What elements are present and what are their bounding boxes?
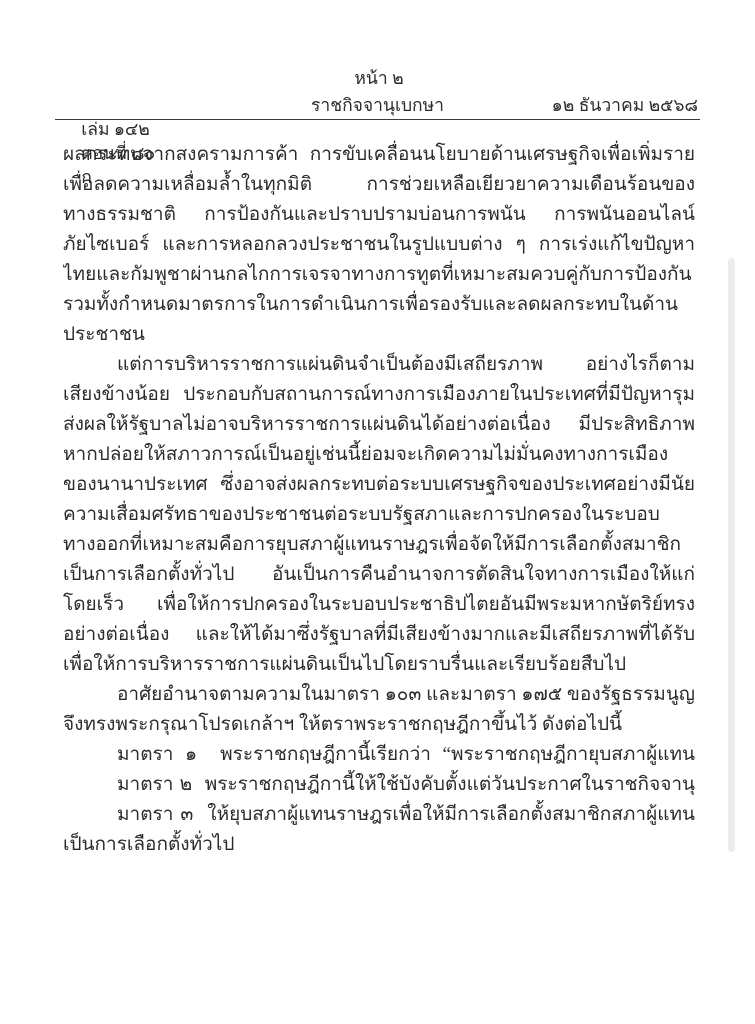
body-line: ผลกระทบจากสงครามการค้า การขับเคลื่อนนโยบ…	[63, 140, 695, 170]
body-line: เพื่อลดความเหลื่อมล้ำในทุกมิติ การช่วยเห…	[63, 170, 695, 200]
body-line: ทางออกที่เหมาะสมคือการยุบสภาผู้แทนราษฎรเ…	[63, 530, 695, 560]
body-line: ทางธรรมชาติ การป้องกันและปราบปรามบ่อนการ…	[63, 200, 695, 230]
body-line: ไทยและกัมพูชาผ่านกลไกการเจรจาทางการทูตที…	[63, 260, 695, 290]
header-row: เล่ม ๑๔๒ ตอนที่ ๘๐ ก ราชกิจจานุเบกษา ๑๒ …	[55, 93, 700, 117]
body-line: แต่การบริหารราชการแผ่นดินจำเป็นต้องมีเสถ…	[63, 350, 695, 380]
page-number: หน้า ๒	[63, 66, 695, 90]
scrollbar-thumb[interactable]	[728, 258, 735, 852]
body-line: ประชาชน	[63, 320, 695, 350]
body-line: รวมทั้งกำหนดมาตรการในการดำเนินการเพื่อรอ…	[63, 290, 695, 320]
body-line: ส่งผลให้รัฐบาลไม่อาจบริหารราชการแผ่นดินไ…	[63, 410, 695, 440]
body-line: เสียงข้างน้อย ประกอบกับสถานการณ์ทางการเม…	[63, 380, 695, 410]
body-line-section-2: มาตรา ๒ พระราชกฤษฎีกานี้ให้ใช้บังคับตั้ง…	[63, 770, 695, 800]
document-body: ผลกระทบจากสงครามการค้า การขับเคลื่อนนโยบ…	[63, 140, 695, 860]
body-line: ของนานาประเทศ ซึ่งอาจส่งผลกระทบต่อระบบเศ…	[63, 470, 695, 500]
body-line: โดยเร็ว เพื่อให้การปกครองในระบอบประชาธิป…	[63, 590, 695, 620]
publication-date: ๑๒ ธันวาคม ๒๕๖๘	[552, 93, 698, 117]
body-line: เป็นการเลือกตั้งทั่วไป	[63, 830, 695, 860]
volume-label: เล่ม ๑๔๒	[81, 119, 150, 139]
body-line-section-3: มาตรา ๓ ให้ยุบสภาผู้แทนราษฎรเพื่อให้มีกา…	[63, 800, 695, 830]
body-line-section-1: มาตรา ๑ พระราชกฤษฎีกานี้เรียกว่า “พระราช…	[63, 740, 695, 770]
body-line: หากปล่อยให้สภาวการณ์เป็นอยู่เช่นนี้ย่อมจ…	[63, 440, 695, 470]
body-line: เป็นการเลือกตั้งทั่วไป อันเป็นการคืนอำนา…	[63, 560, 695, 590]
header-rule	[55, 119, 700, 120]
document-page: หน้า ๒ เล่ม ๑๔๒ ตอนที่ ๘๐ ก ราชกิจจานุเบ…	[0, 0, 755, 1024]
body-line: ความเสื่อมศรัทธาของประชาชนต่อระบบรัฐสภาแ…	[63, 500, 695, 530]
body-line: อย่างต่อเนื่อง และให้ได้มาซึ่งรัฐบาลที่ม…	[63, 620, 695, 650]
body-line: เพื่อให้การบริหารราชการแผ่นดินเป็นไปโดยร…	[63, 650, 695, 680]
body-line: ภัยไซเบอร์ และการหลอกลวงประชาชนในรูปแบบต…	[63, 230, 695, 260]
body-line: จึงทรงพระกรุณาโปรดเกล้าฯ ให้ตราพระราชกฤษ…	[63, 710, 695, 740]
body-line: อาศัยอำนาจตามความในมาตรา ๑๐๓ และมาตรา ๑๗…	[63, 680, 695, 710]
